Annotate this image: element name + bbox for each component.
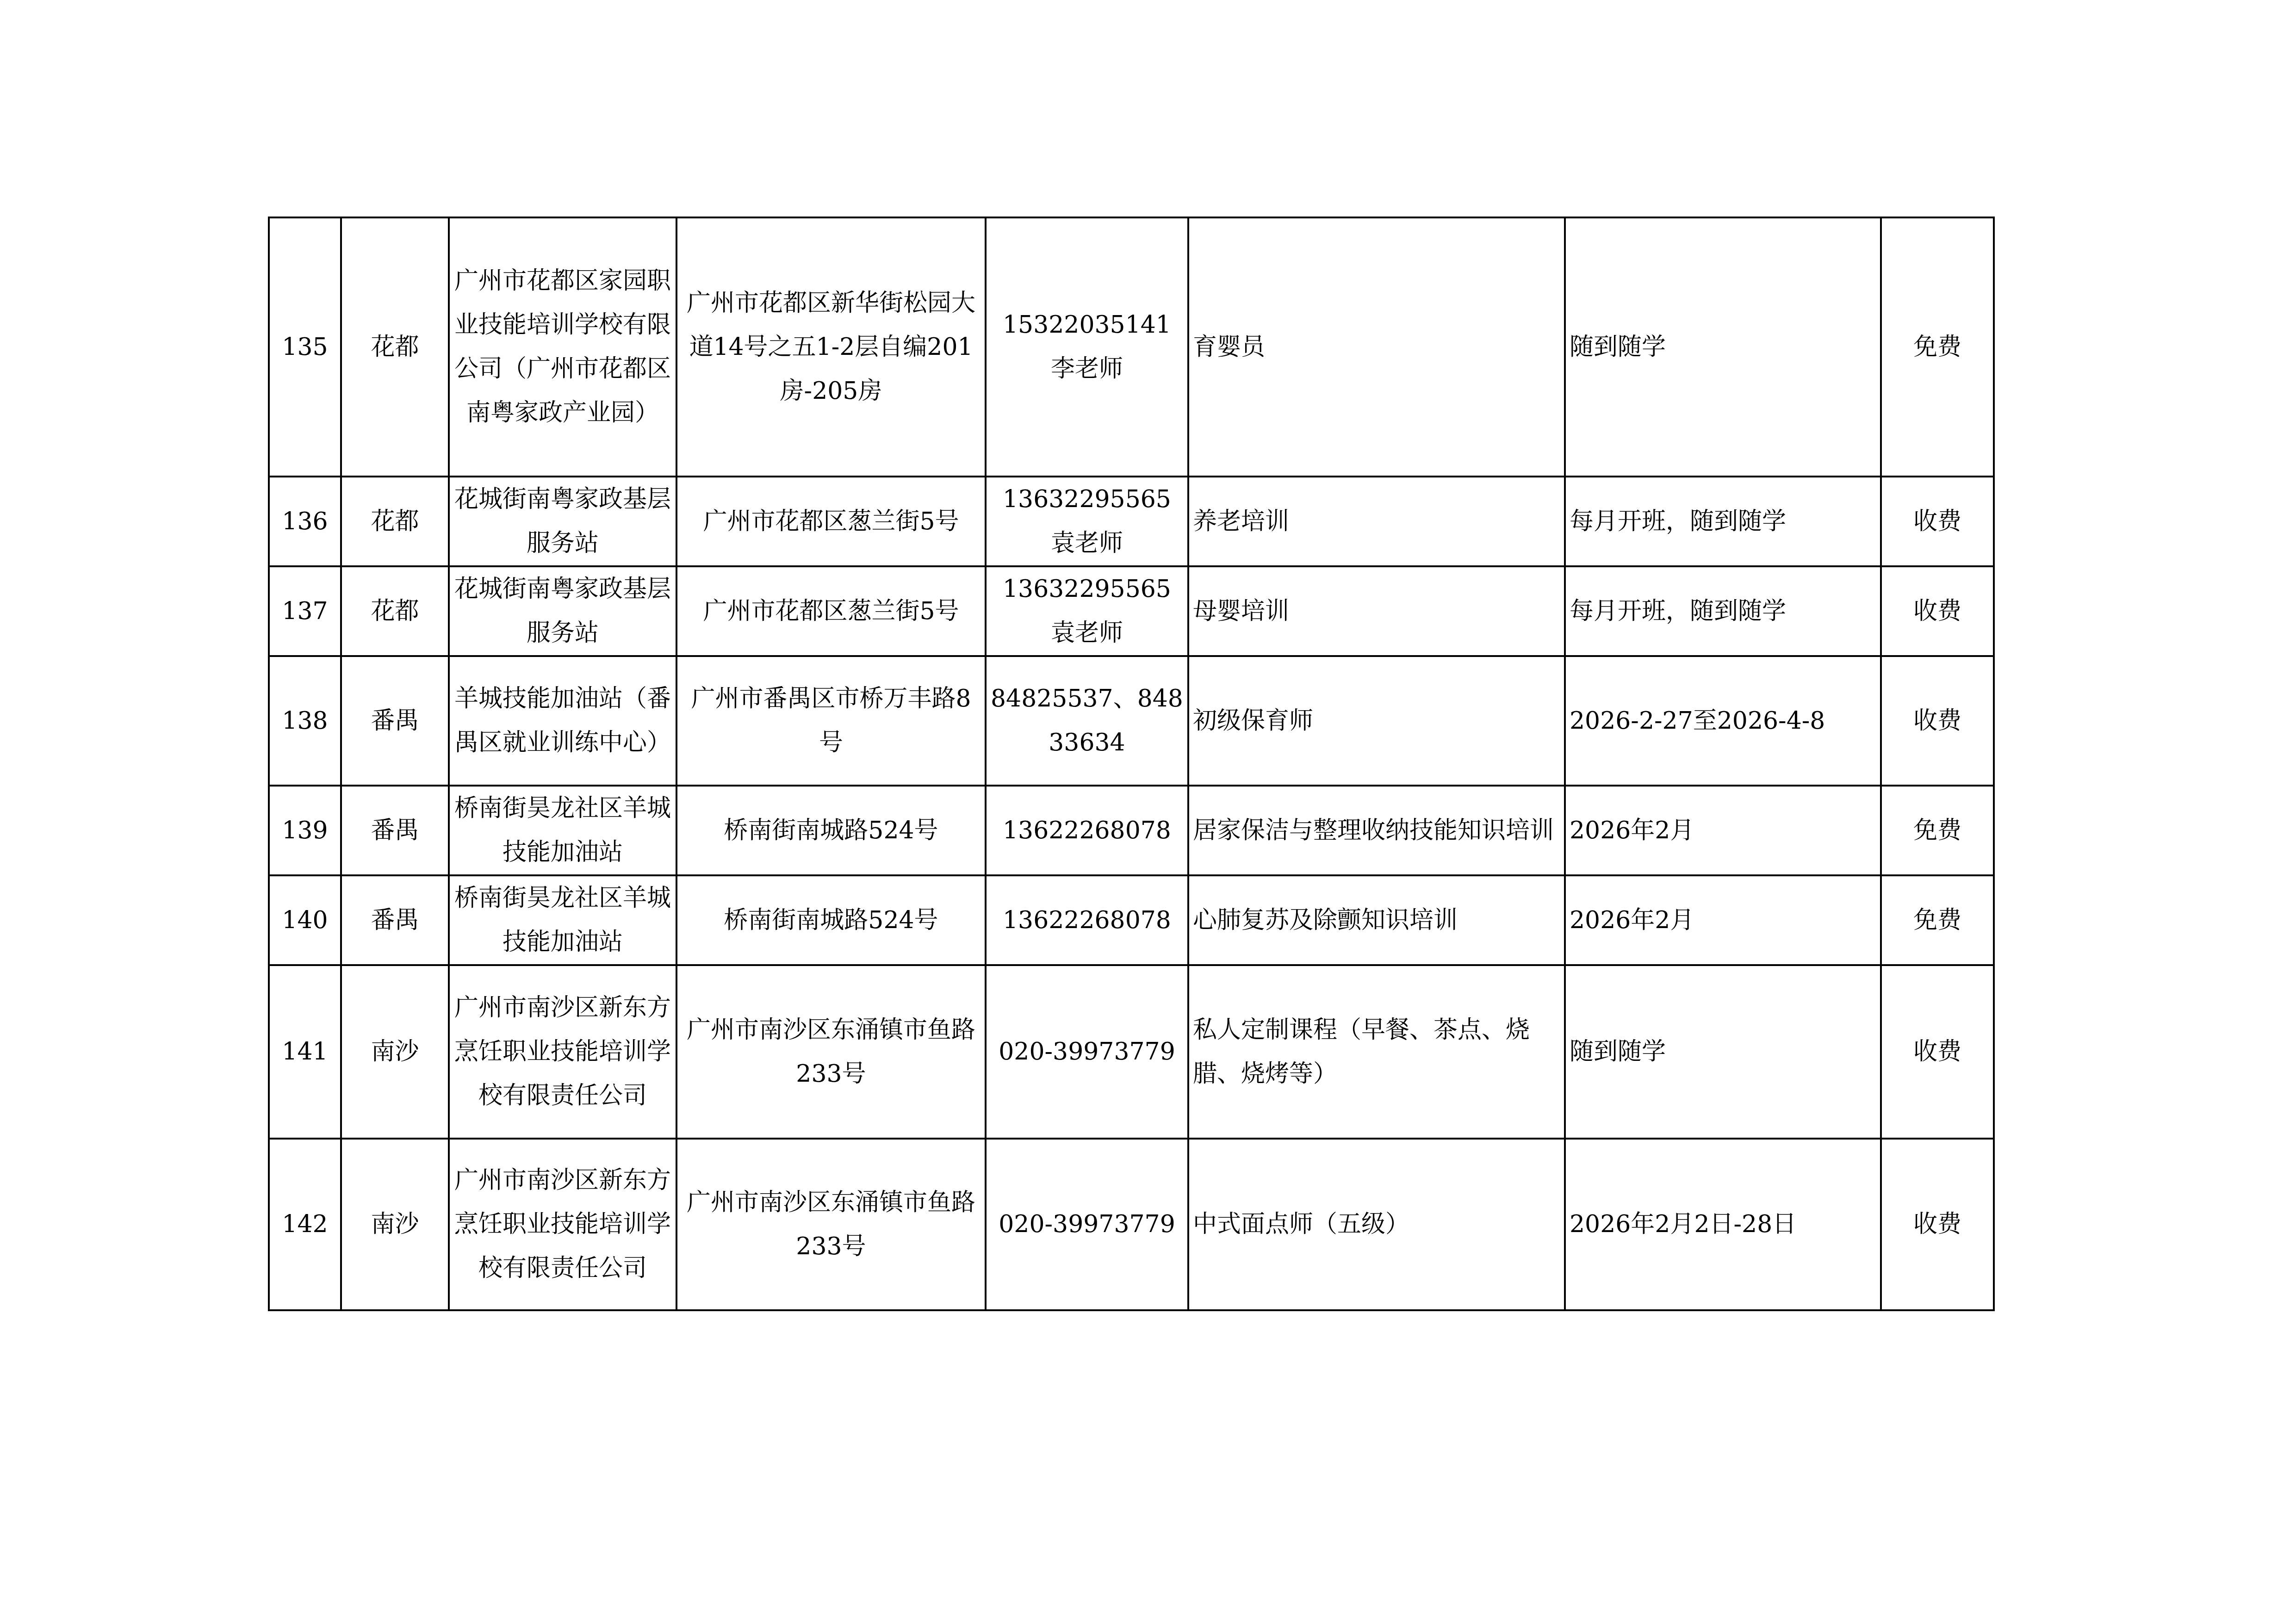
table-row: 136 花都 花城街南粤家政基层服务站 广州市花都区葱兰街5号 13632295…	[269, 477, 1994, 566]
contact-cell: 020-39973779	[986, 965, 1188, 1139]
institution-cell: 花城街南粤家政基层服务站	[449, 566, 676, 656]
schedule-cell: 随到随学	[1565, 217, 1881, 477]
address-cell: 广州市花都区葱兰街5号	[676, 566, 986, 656]
table-row: 140 番禺 桥南街昊龙社区羊城技能加油站 桥南街南城路524号 1362226…	[269, 875, 1994, 965]
row-number: 138	[269, 656, 341, 786]
row-number: 139	[269, 786, 341, 875]
fee-cell: 免费	[1881, 786, 1994, 875]
document-page: 135 花都 广州市花都区家园职业技能培训学校有限公司（广州市花都区南粤家政产业…	[0, 0, 2296, 1623]
address-cell: 广州市南沙区东涌镇市鱼路233号	[676, 965, 986, 1139]
row-number: 142	[269, 1139, 341, 1310]
course-cell: 私人定制课程（早餐、茶点、烧腊、烧烤等）	[1188, 965, 1565, 1139]
fee-cell: 免费	[1881, 875, 1994, 965]
address-cell: 广州市番禺区市桥万丰路8号	[676, 656, 986, 786]
institution-cell: 广州市花都区家园职业技能培训学校有限公司（广州市花都区南粤家政产业园）	[449, 217, 676, 477]
fee-cell: 免费	[1881, 217, 1994, 477]
schedule-cell: 2026年2月	[1565, 786, 1881, 875]
contact-cell: 84825537、84833634	[986, 656, 1188, 786]
row-number: 136	[269, 477, 341, 566]
contact-person: 李老师	[990, 347, 1184, 391]
district-cell: 花都	[341, 217, 449, 477]
district-cell: 花都	[341, 477, 449, 566]
district-cell: 花都	[341, 566, 449, 656]
district-cell: 番禺	[341, 656, 449, 786]
contact-phone: 13632295565	[990, 477, 1184, 521]
schedule-cell: 2026年2月2日-28日	[1565, 1139, 1881, 1310]
address-cell: 广州市花都区新华街松园大道14号之五1-2层自编201房-205房	[676, 217, 986, 477]
row-number: 140	[269, 875, 341, 965]
row-number: 137	[269, 566, 341, 656]
address-cell: 广州市南沙区东涌镇市鱼路233号	[676, 1139, 986, 1310]
contact-person: 袁老师	[990, 611, 1184, 655]
fee-cell: 收费	[1881, 656, 1994, 786]
course-cell: 育婴员	[1188, 217, 1565, 477]
contact-cell: 13622268078	[986, 786, 1188, 875]
course-cell: 初级保育师	[1188, 656, 1565, 786]
fee-cell: 收费	[1881, 1139, 1994, 1310]
institution-cell: 广州市南沙区新东方烹饪职业技能培训学校有限责任公司	[449, 1139, 676, 1310]
contact-cell: 13632295565 袁老师	[986, 477, 1188, 566]
contact-phone: 15322035141	[990, 303, 1184, 347]
course-cell: 居家保洁与整理收纳技能知识培训	[1188, 786, 1565, 875]
institution-cell: 桥南街昊龙社区羊城技能加油站	[449, 875, 676, 965]
course-cell: 母婴培训	[1188, 566, 1565, 656]
fee-cell: 收费	[1881, 566, 1994, 656]
schedule-cell: 2026-2-27至2026-4-8	[1565, 656, 1881, 786]
address-cell: 桥南街南城路524号	[676, 875, 986, 965]
table-row: 139 番禺 桥南街昊龙社区羊城技能加油站 桥南街南城路524号 1362226…	[269, 786, 1994, 875]
contact-cell: 15322035141 李老师	[986, 217, 1188, 477]
district-cell: 番禺	[341, 786, 449, 875]
address-cell: 广州市花都区葱兰街5号	[676, 477, 986, 566]
course-cell: 养老培训	[1188, 477, 1565, 566]
district-cell: 番禺	[341, 875, 449, 965]
contact-cell: 13632295565 袁老师	[986, 566, 1188, 656]
institution-cell: 桥南街昊龙社区羊城技能加油站	[449, 786, 676, 875]
table-row: 138 番禺 羊城技能加油站（番禺区就业训练中心） 广州市番禺区市桥万丰路8号 …	[269, 656, 1994, 786]
table-row: 142 南沙 广州市南沙区新东方烹饪职业技能培训学校有限责任公司 广州市南沙区东…	[269, 1139, 1994, 1310]
course-cell: 中式面点师（五级）	[1188, 1139, 1565, 1310]
institution-cell: 广州市南沙区新东方烹饪职业技能培训学校有限责任公司	[449, 965, 676, 1139]
contact-person: 袁老师	[990, 521, 1184, 565]
table-row: 141 南沙 广州市南沙区新东方烹饪职业技能培训学校有限责任公司 广州市南沙区东…	[269, 965, 1994, 1139]
institution-cell: 羊城技能加油站（番禺区就业训练中心）	[449, 656, 676, 786]
district-cell: 南沙	[341, 965, 449, 1139]
district-cell: 南沙	[341, 1139, 449, 1310]
schedule-cell: 随到随学	[1565, 965, 1881, 1139]
row-number: 135	[269, 217, 341, 477]
institution-cell: 花城街南粤家政基层服务站	[449, 477, 676, 566]
training-course-table: 135 花都 广州市花都区家园职业技能培训学校有限公司（广州市花都区南粤家政产业…	[268, 217, 1995, 1311]
schedule-cell: 每月开班，随到随学	[1565, 477, 1881, 566]
fee-cell: 收费	[1881, 477, 1994, 566]
table-row: 135 花都 广州市花都区家园职业技能培训学校有限公司（广州市花都区南粤家政产业…	[269, 217, 1994, 477]
fee-cell: 收费	[1881, 965, 1994, 1139]
course-cell: 心肺复苏及除颤知识培训	[1188, 875, 1565, 965]
contact-phone: 13632295565	[990, 567, 1184, 611]
contact-cell: 020-39973779	[986, 1139, 1188, 1310]
contact-cell: 13622268078	[986, 875, 1188, 965]
schedule-cell: 2026年2月	[1565, 875, 1881, 965]
address-cell: 桥南街南城路524号	[676, 786, 986, 875]
schedule-cell: 每月开班，随到随学	[1565, 566, 1881, 656]
table-row: 137 花都 花城街南粤家政基层服务站 广州市花都区葱兰街5号 13632295…	[269, 566, 1994, 656]
row-number: 141	[269, 965, 341, 1139]
